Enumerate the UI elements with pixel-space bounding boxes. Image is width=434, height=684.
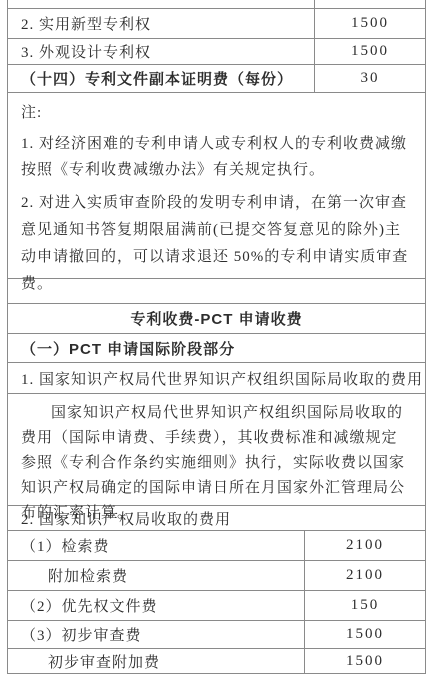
table-row: （1）检索费 2100	[8, 530, 425, 560]
table-row: 初步审查附加费 1500	[8, 648, 425, 673]
table-row: （十四）专利文件副本证明费（每份） 30	[8, 64, 425, 92]
table-row: （3）初步审查费 1500	[8, 620, 425, 648]
patent-fee-document: 2. 实用新型专利权 1500 3. 外观设计专利权 1500 （十四）专利文件…	[0, 0, 434, 684]
table-row: （2）优先权文件费 150	[8, 590, 425, 620]
pct-part-title: （一）PCT 申请国际阶段部分	[8, 333, 425, 362]
fee-label: 2. 实用新型专利权	[8, 9, 314, 38]
fee-label: （1）检索费	[8, 531, 304, 560]
fee-value: 150	[304, 591, 425, 620]
fee-table: 2. 实用新型专利权 1500 3. 外观设计专利权 1500 （十四）专利文件…	[7, 0, 426, 674]
empty-row	[8, 278, 425, 303]
table-row: 2. 实用新型专利权 1500	[8, 8, 425, 38]
fee-value: 1500	[304, 621, 425, 648]
pct-item2-title: 2. 国家知识产权局收取的费用	[8, 505, 425, 530]
pct-item1-body: 国家知识产权局代世界知识产权组织国际局收取的费用（国际申请费、手续费），其收费标…	[8, 393, 425, 505]
pct-item1-title: 1. 国家知识产权局代世界知识产权组织国际局收取的费用	[8, 362, 425, 393]
fee-label-section-14: （十四）专利文件副本证明费（每份）	[8, 65, 314, 92]
fee-value: 30	[314, 65, 425, 92]
fee-label: （2）优先权文件费	[8, 591, 304, 620]
fee-label: 3. 外观设计专利权	[8, 39, 314, 64]
table-row: 附加检索费 2100	[8, 560, 425, 590]
note-title: 注:	[21, 101, 413, 125]
fee-value: 2100	[304, 531, 425, 560]
note-item-1: 1. 对经济困难的专利申请人或专利权人的专利收费减缴按照《专利收费减缴办法》有关…	[21, 131, 413, 183]
fee-label: （3）初步审查费	[8, 621, 304, 648]
fee-value: 1500	[314, 9, 425, 38]
table-row: 3. 外观设计专利权 1500	[8, 38, 425, 64]
cutoff-value-cell	[314, 0, 425, 8]
note-cell: 注: 1. 对经济困难的专利申请人或专利权人的专利收费减缴按照《专利收费减缴办法…	[8, 92, 425, 278]
pct-section-header: 专利收费-PCT 申请收费	[8, 303, 425, 333]
table-row-cutoff	[8, 0, 425, 8]
cutoff-label-cell	[8, 0, 314, 8]
fee-value: 1500	[314, 39, 425, 64]
fee-value: 1500	[304, 649, 425, 673]
fee-label: 附加检索费	[8, 561, 304, 590]
fee-value: 2100	[304, 561, 425, 590]
fee-label: 初步审查附加费	[8, 649, 304, 673]
